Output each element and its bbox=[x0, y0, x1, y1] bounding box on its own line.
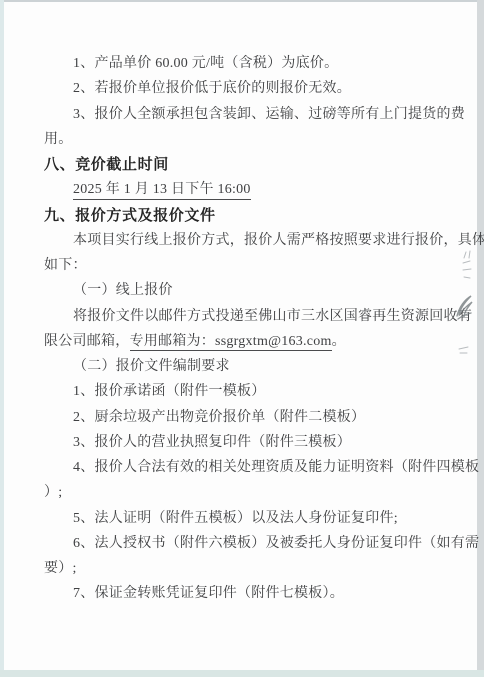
text-segment: 限公司邮箱， bbox=[44, 334, 130, 349]
text-segment: 7、保证金转账凭证复印件（附件七模板）。 bbox=[73, 586, 344, 601]
text-line: （二）报价文件编制要求 bbox=[44, 354, 451, 379]
text-segment: 6、法人授权书（附件六模板）及被委托人身份证复印件（如有需 bbox=[73, 536, 479, 551]
text-line: 1、产品单价 60.00 元/吨（含税）为底价。 bbox=[44, 51, 451, 76]
text-segment: 将报价文件以邮件方式投递至佛山市三水区国睿再生资源回收有 bbox=[73, 309, 472, 324]
text-line: 本项目实行线上报价方式，报价人需严格按照要求进行报价，具体 bbox=[44, 228, 451, 253]
text-line: 7、保证金转账凭证复印件（附件七模板）。 bbox=[44, 581, 451, 606]
scan-smudge-icon bbox=[450, 245, 477, 360]
text-segment: 1、产品单价 60.00 元/吨（含税）为底价。 bbox=[73, 56, 338, 71]
text-segment: （一）线上报价 bbox=[73, 283, 173, 298]
document-canvas: 1、产品单价 60.00 元/吨（含税）为底价。2、若报价单位报价低于底价的则报… bbox=[0, 0, 484, 677]
text-segment: 3、报价人全额承担包含装卸、运输、过磅等所有上门提货的费 bbox=[73, 107, 465, 122]
text-line: 要）; bbox=[44, 556, 451, 581]
text-segment: 4、报价人合法有效的相关处理资质及能力证明资料（附件四模板 bbox=[73, 460, 479, 475]
text-line: 用。 bbox=[44, 127, 451, 152]
text-segment: 3、报价人的营业执照复印件（附件三模板） bbox=[73, 435, 351, 450]
text-line: 如下： bbox=[44, 253, 451, 278]
text-segment: 1、报价承诺函（附件一模板） bbox=[73, 384, 266, 399]
text-line: 限公司邮箱，专用邮箱为：ssgrgxtm@163.com。 bbox=[44, 329, 451, 354]
text-line: 九、报价方式及报价文件 bbox=[44, 203, 451, 228]
page-edge-right bbox=[477, 0, 484, 677]
text-segment: 5、法人证明（附件五模板）以及法人身份证复印件; bbox=[73, 511, 398, 526]
underlined-text: 专用邮箱为：ssgrgxtm@163.com bbox=[130, 334, 332, 352]
text-segment: ）; bbox=[44, 485, 62, 500]
text-line: 3、报价人全额承担包含装卸、运输、过磅等所有上门提货的费 bbox=[44, 102, 451, 127]
text-segment: 要）; bbox=[44, 561, 77, 576]
text-line: ）; bbox=[44, 480, 451, 505]
text-line: 2025 年 1 月 13 日下午 16:00 bbox=[44, 177, 451, 202]
text-line: （一）线上报价 bbox=[44, 278, 451, 303]
text-line: 6、法人授权书（附件六模板）及被委托人身份证复印件（如有需 bbox=[44, 531, 451, 556]
text-line: 3、报价人的营业执照复印件（附件三模板） bbox=[44, 430, 451, 455]
document-page: 1、产品单价 60.00 元/吨（含税）为底价。2、若报价单位报价低于底价的则报… bbox=[4, 2, 477, 670]
text-segment: 如下： bbox=[44, 258, 87, 273]
page-edge-bottom bbox=[0, 670, 484, 677]
document-body: 1、产品单价 60.00 元/吨（含税）为底价。2、若报价单位报价低于底价的则报… bbox=[44, 51, 451, 607]
text-segment: （二）报价文件编制要求 bbox=[73, 359, 230, 374]
text-line: 5、法人证明（附件五模板）以及法人身份证复印件; bbox=[44, 506, 451, 531]
text-line: 4、报价人合法有效的相关处理资质及能力证明资料（附件四模板 bbox=[44, 455, 451, 480]
underlined-text: 2025 年 1 月 13 日下午 16:00 bbox=[73, 182, 251, 200]
text-line: 2、若报价单位报价低于底价的则报价无效。 bbox=[44, 76, 451, 101]
text-segment: 。 bbox=[332, 334, 346, 349]
text-segment: 2、若报价单位报价低于底价的则报价无效。 bbox=[73, 81, 351, 96]
text-segment: 2、厨余垃圾产出物竞价报价单（附件二模板） bbox=[73, 410, 365, 425]
text-segment: 本项目实行线上报价方式，报价人需严格按照要求进行报价，具体 bbox=[73, 233, 484, 248]
text-segment: 八、竞价截止时间 bbox=[44, 156, 169, 173]
text-segment: 用。 bbox=[44, 132, 73, 147]
text-line: 八、竞价截止时间 bbox=[44, 152, 451, 177]
text-line: 2、厨余垃圾产出物竞价报价单（附件二模板） bbox=[44, 405, 451, 430]
text-line: 1、报价承诺函（附件一模板） bbox=[44, 379, 451, 404]
text-segment: 九、报价方式及报价文件 bbox=[44, 207, 216, 224]
text-line: 将报价文件以邮件方式投递至佛山市三水区国睿再生资源回收有 bbox=[44, 304, 451, 329]
